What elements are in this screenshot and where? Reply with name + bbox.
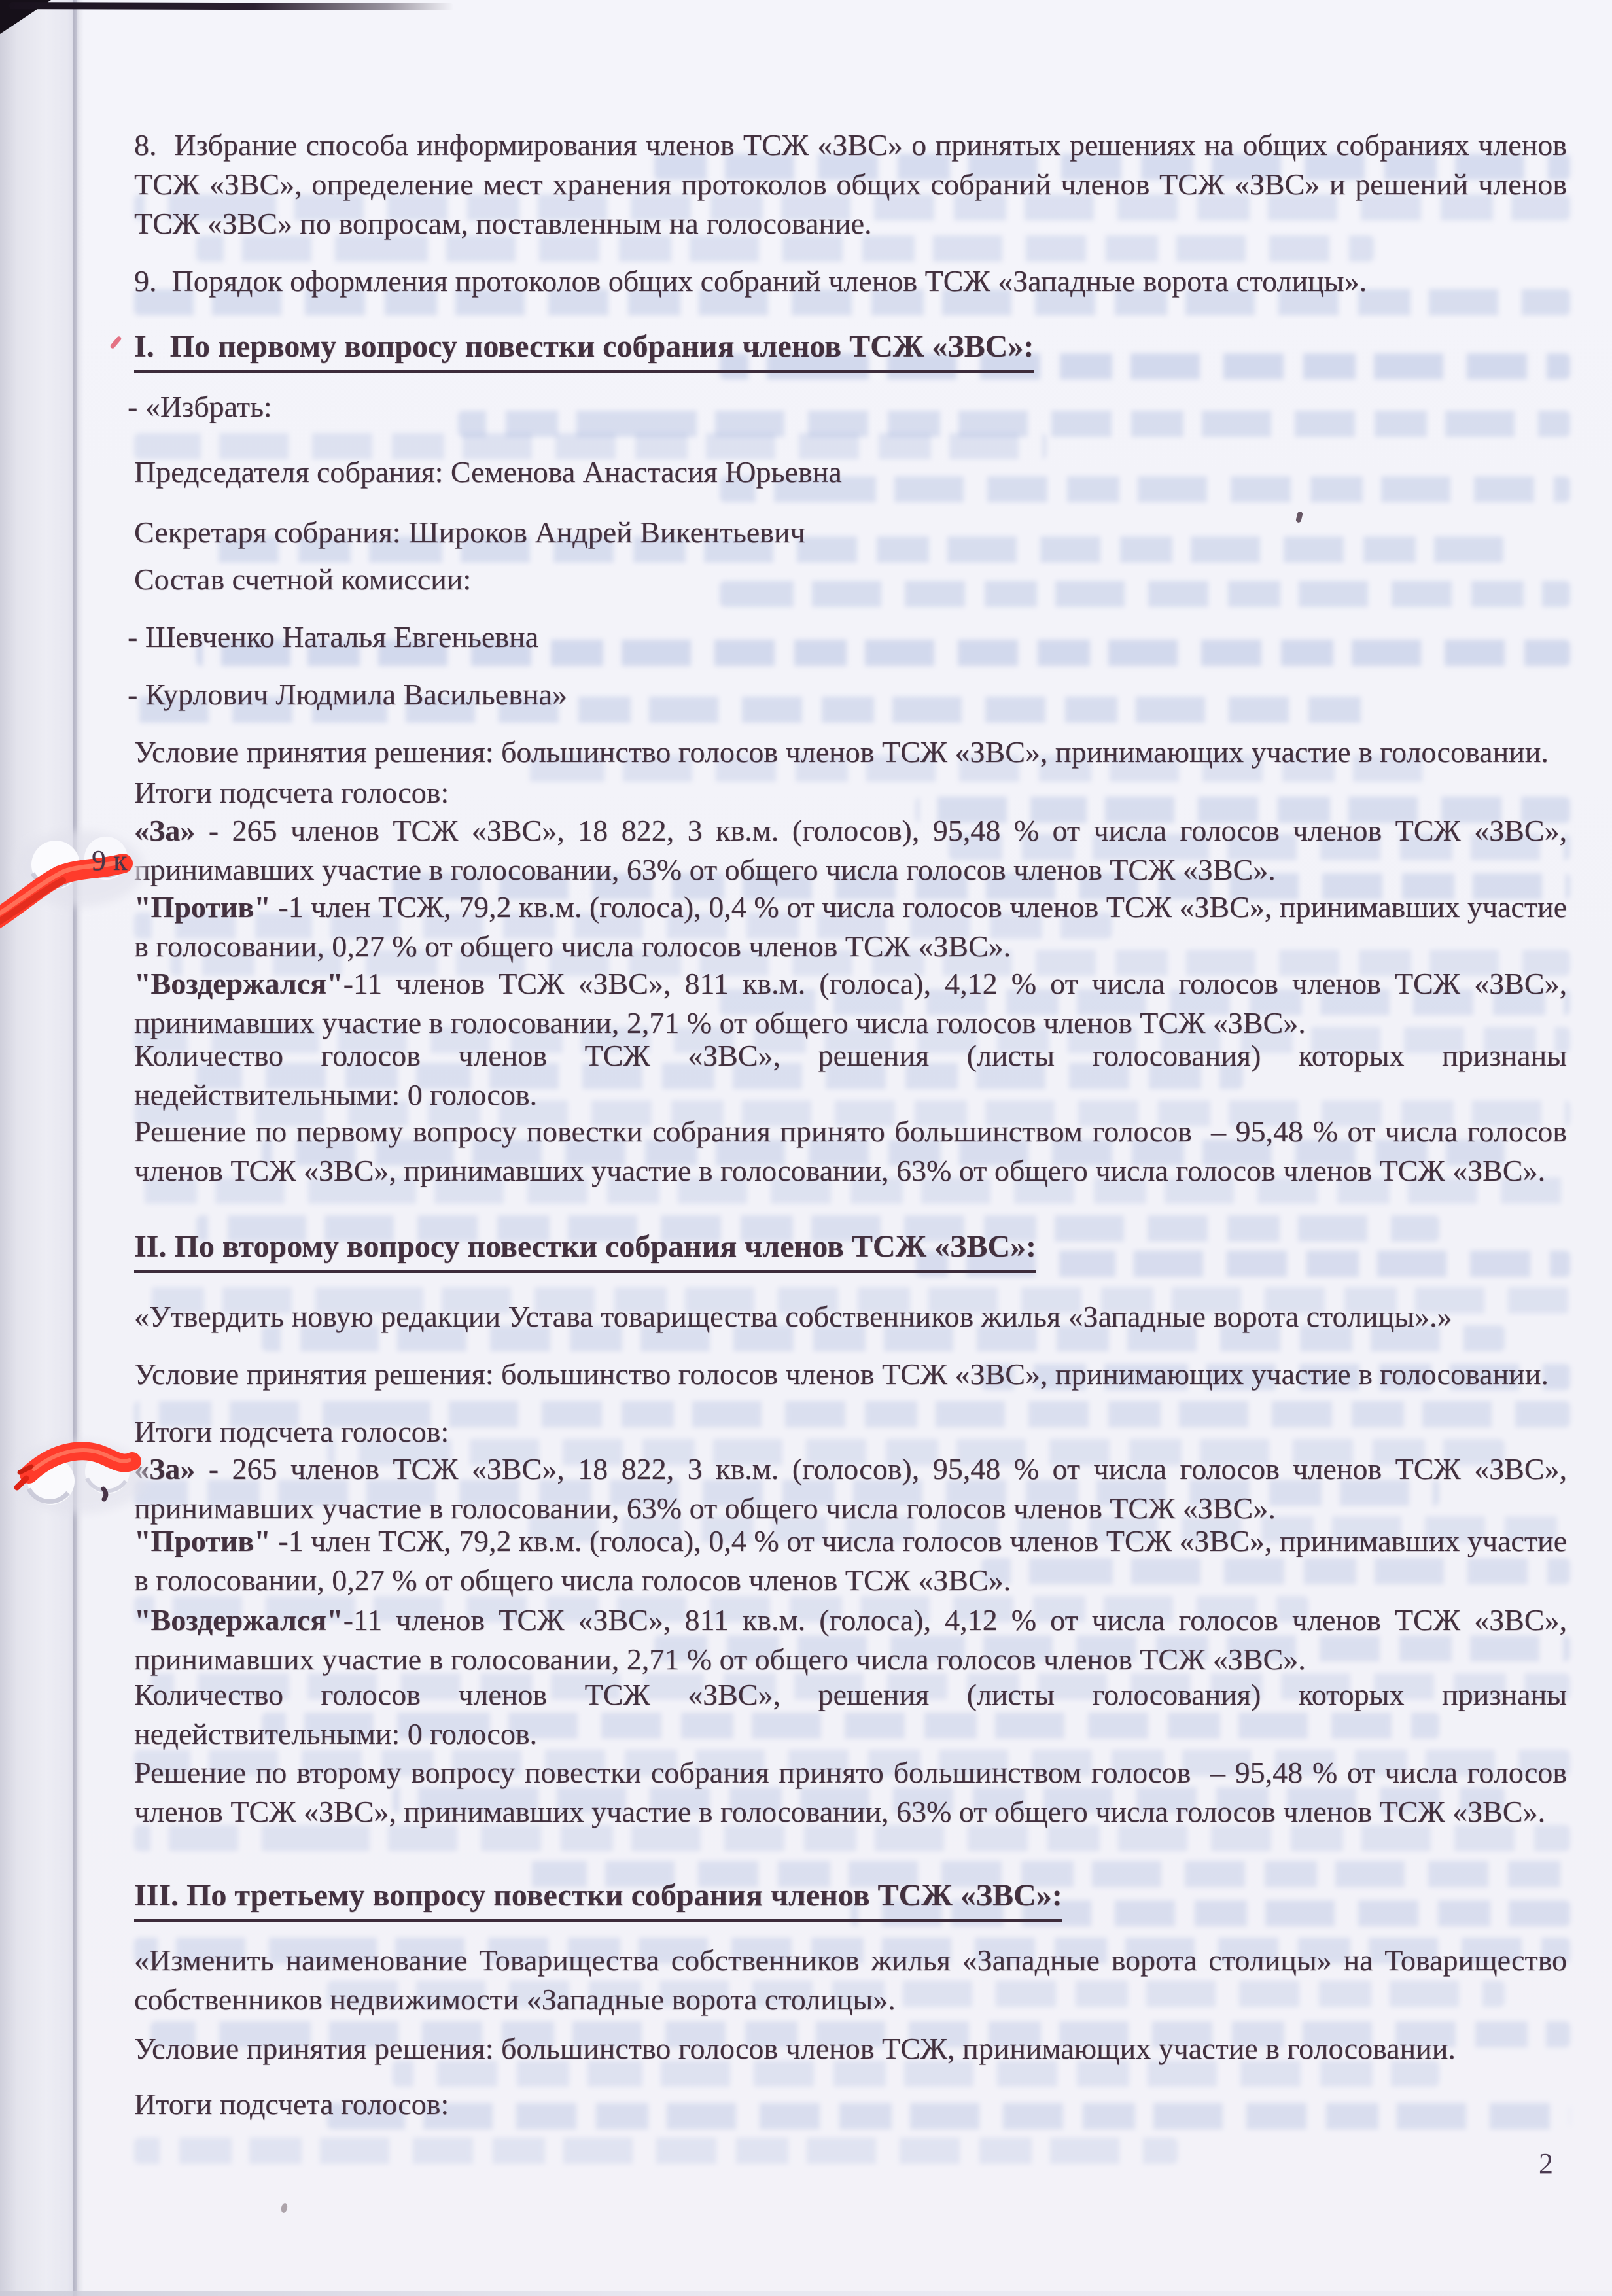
vote-abstain-label-2: "Воздержался" (134, 1603, 343, 1637)
vote-for-label-1: «За» (134, 814, 195, 847)
secretary-line: Секретаря собрания: Широков Андрей Викен… (134, 513, 1567, 552)
vote-against-text-1: -1 член ТСЖ, 79,2 кв.м. (голоса), 0,4 % … (134, 890, 1567, 963)
invalid-votes-line-2: Количество голосов членов ТСЖ «ЗВС», реш… (134, 1675, 1567, 1754)
section-3-resolution: «Изменить наименование Товарищества собс… (134, 1941, 1567, 2019)
vote-totals-label-1: Итоги подсчета голосов: (134, 773, 1567, 812)
vote-abstain-result-2: "Воздержался"-11 членов ТСЖ «ЗВС», 811 к… (134, 1601, 1567, 1679)
section-2-decision: Решение по второму вопросу повестки собр… (134, 1753, 1567, 1832)
decision-condition-1: Условие принятия решения: большинство го… (134, 733, 1567, 772)
vote-totals-label-2: Итоги подсчета голосов: (134, 1412, 1567, 1452)
vote-for-text-1: - 265 членов ТСЖ «ЗВС», 18 822, 3 кв.м. … (134, 814, 1567, 886)
vote-for-label-2: «За» (134, 1452, 195, 1486)
counting-commission-label: Состав счетной комиссии: (134, 560, 1567, 599)
vote-for-result-1: «За» - 265 членов ТСЖ «ЗВС», 18 822, 3 к… (134, 811, 1567, 890)
decision-condition-3: Условие принятия решения: большинство го… (134, 2029, 1567, 2068)
hole-bleed-text: 9 к (92, 844, 127, 877)
vote-for-result-2: «За» - 265 членов ТСЖ «ЗВС», 18 822, 3 к… (134, 1450, 1567, 1528)
chairman-line: Председателя собрания: Семенова Анастаси… (134, 453, 1567, 492)
vote-abstain-text-2: -11 членов ТСЖ «ЗВС», 811 кв.м. (голоса)… (134, 1603, 1567, 1676)
vote-abstain-text-1: -11 членов ТСЖ «ЗВС», 811 кв.м. (голоса)… (134, 967, 1567, 1039)
elect-intro: - «Избрать: (128, 387, 1560, 426)
commission-member-1: - Шевченко Наталья Евгеньевна (128, 617, 1560, 657)
vote-against-result-2: "Против" -1 член ТСЖ, 79,2 кв.м. (голоса… (134, 1522, 1567, 1600)
section-2-resolution: «Утвердить новую редакции Устава товарищ… (134, 1297, 1567, 1336)
vote-against-result-1: "Против" -1 член ТСЖ, 79,2 кв.м. (голоса… (134, 888, 1567, 966)
decision-condition-2: Условие принятия решения: большинство го… (134, 1355, 1567, 1394)
agenda-item-8: 8. Избрание способа информирования члено… (134, 126, 1567, 243)
section-2-heading-text: II. По второму вопросу повестки собрания… (134, 1229, 1036, 1273)
vote-against-label-1: "Против" (134, 890, 271, 924)
document-text: 8. Избрание способа информирования члено… (134, 0, 1567, 2296)
agenda-item-9: 9. Порядок оформления протоколов общих с… (134, 262, 1567, 301)
section-1-decision: Решение по первому вопросу повестки собр… (134, 1112, 1567, 1191)
vote-against-text-2: -1 член ТСЖ, 79,2 кв.м. (голоса), 0,4 % … (134, 1524, 1567, 1597)
vote-totals-label-3: Итоги подсчета голосов: (134, 2085, 1567, 2124)
vote-abstain-result-1: "Воздержался"-11 членов ТСЖ «ЗВС», 811 к… (134, 964, 1567, 1043)
page-number: 2 (1539, 2147, 1553, 2180)
vote-abstain-label-1: "Воздержался" (134, 967, 343, 1000)
section-3-heading: III. По третьему вопросу повестки собран… (134, 1875, 1567, 1917)
section-1-heading: I. По первому вопросу повестки собрания … (134, 326, 1567, 368)
invalid-votes-line-1: Количество голосов членов ТСЖ «ЗВС», реш… (134, 1036, 1567, 1115)
section-3-heading-text: III. По третьему вопросу повестки собран… (134, 1878, 1062, 1922)
scanned-document-page: 8. Избрание способа информирования члено… (0, 0, 1612, 2296)
commission-member-2: - Курлович Людмила Васильевна» (128, 675, 1560, 714)
vote-for-text-2: - 265 членов ТСЖ «ЗВС», 18 822, 3 кв.м. … (134, 1452, 1567, 1525)
vote-against-label-2: "Против" (134, 1524, 271, 1557)
section-2-heading: II. По второму вопросу повестки собрания… (134, 1226, 1567, 1268)
section-1-heading-text: I. По первому вопросу повестки собрания … (134, 329, 1034, 373)
